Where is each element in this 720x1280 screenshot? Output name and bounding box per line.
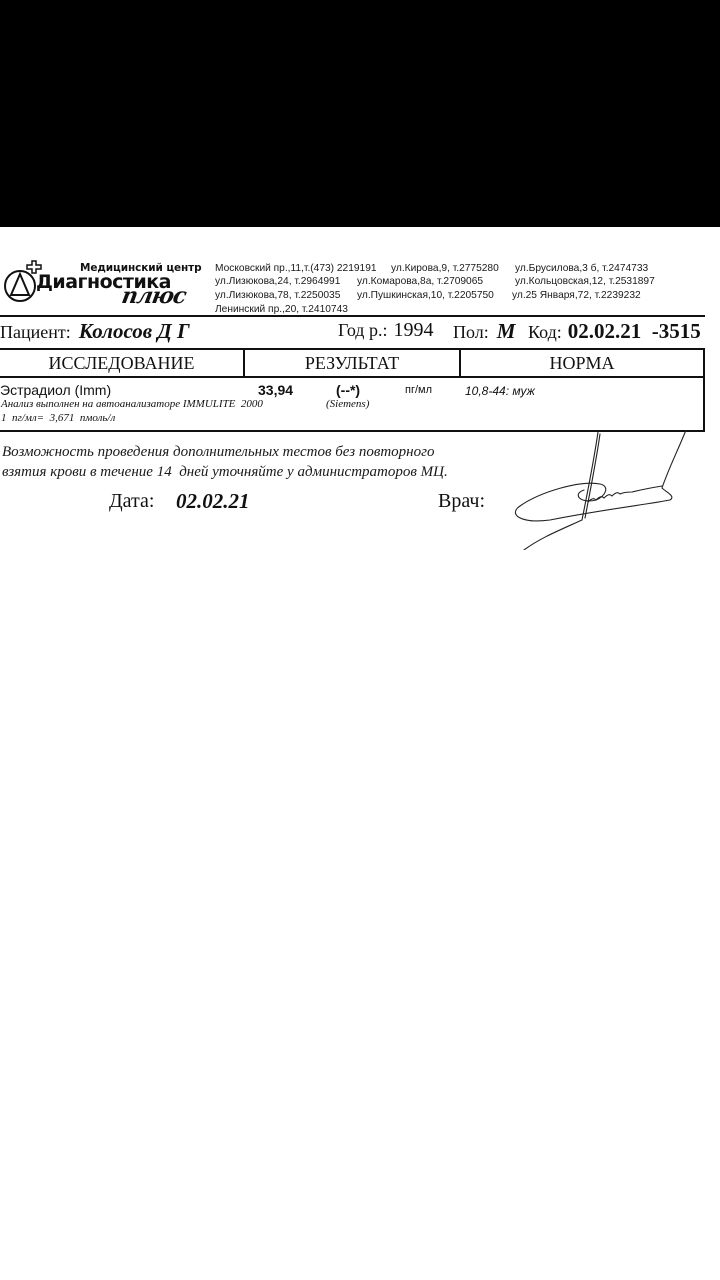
sex-label: Пол: — [453, 322, 489, 342]
code-field: Код: 02.02.21 -3515 — [528, 319, 701, 344]
clinic-logo: Медицинский центр Диагностика плюс — [2, 259, 207, 311]
code-label: Код: — [528, 322, 562, 342]
unit-conversion-note: 1 пг/мл= 3,671 пмоль/л — [1, 412, 115, 424]
address: ул.25 Января,72, т.2239232 — [512, 289, 641, 302]
test-name: Эстрадиол (Imm) — [0, 382, 111, 398]
address: Московский пр.,11,т.(473) 2219191 — [215, 262, 377, 275]
address: ул.Лизюкова,24, т.2964991 — [215, 275, 340, 288]
doctor-signature — [510, 430, 690, 550]
address: ул.Кольцовская,12, т.2531897 — [515, 275, 655, 288]
address: ул.Кирова,9, т.2775280 — [391, 262, 499, 275]
result-unit: пг/мл — [405, 384, 432, 396]
sex-field: Пол: М — [453, 319, 515, 344]
patient-field: Пациент: Колосов Д Г — [0, 319, 190, 344]
norm-value: 10,8-44: муж — [465, 384, 535, 398]
sex-value: М — [497, 319, 516, 343]
column-header-result: РЕЗУЛЬТАТ — [245, 350, 461, 376]
retest-note-line2: взятия крови в течение 14 дней уточняйте… — [2, 464, 448, 481]
top-black-bar — [0, 0, 720, 227]
birth-year-field: Год р.: 1994 — [338, 319, 433, 342]
address: ул.Комарова,8а, т.2709065 — [357, 275, 483, 288]
header-divider — [0, 315, 705, 317]
date-value: 02.02.21 — [176, 489, 250, 514]
results-table: ИССЛЕДОВАНИЕ РЕЗУЛЬТАТ НОРМА Эстрадиол (… — [0, 348, 705, 432]
vendor-note: (Siemens) — [326, 398, 369, 410]
retest-note-line1: Возможность проведения дополнительных те… — [2, 444, 434, 461]
patient-name: Колосов Д Г — [79, 319, 190, 343]
table-row: Эстрадиол (Imm) 33,94 (--*) пг/мл 10,8-4… — [0, 378, 703, 430]
analyzer-note: Анализ выполнен на автоанализаторе IMMUL… — [1, 398, 263, 410]
address: ул.Пушкинская,10, т.2205750 — [357, 289, 494, 302]
address: ул.Лизюкова,78, т.2250035 — [215, 289, 340, 302]
result-flag: (--*) — [336, 382, 360, 398]
logo-script: плюс — [120, 283, 188, 309]
table-header: ИССЛЕДОВАНИЕ РЕЗУЛЬТАТ НОРМА — [0, 350, 703, 378]
birth-year-value: 1994 — [393, 319, 433, 341]
doctor-label: Врач: — [438, 490, 485, 513]
column-header-norm: НОРМА — [461, 350, 703, 376]
patient-label: Пациент: — [0, 322, 71, 342]
date-label: Дата: — [109, 490, 154, 513]
column-header-test: ИССЛЕДОВАНИЕ — [0, 350, 245, 376]
lab-result-document: Медицинский центр Диагностика плюс Моско… — [0, 227, 720, 557]
result-value: 33,94 — [258, 382, 293, 398]
address: ул.Брусилова,3 б, т.2474733 — [515, 262, 648, 275]
birth-year-label: Год р.: — [338, 320, 387, 340]
code-value: 02.02.21 -3515 — [568, 319, 701, 343]
